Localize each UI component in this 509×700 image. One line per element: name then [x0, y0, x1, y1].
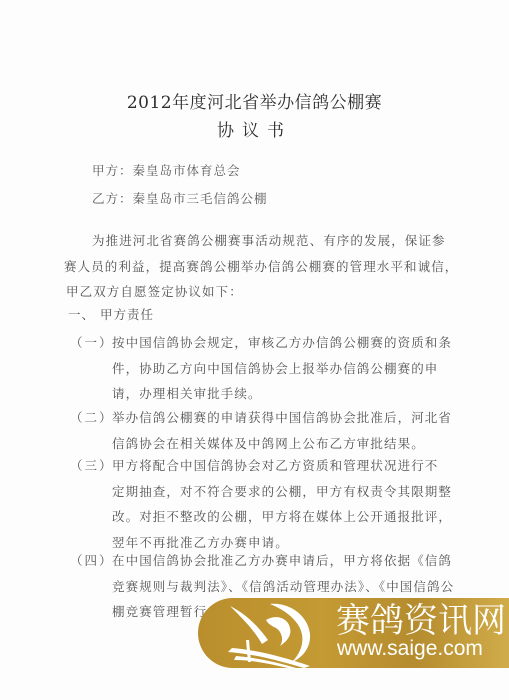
document-title: 2012年度河北省举办信鸽公棚赛 [0, 88, 509, 113]
clause-2: （二） 举办信鸽公棚赛的申请获得中国信鸽协会批准后，河北省 信鸽协会在相关媒体及… [70, 405, 470, 456]
watermark-url: www.saige.com [337, 637, 483, 661]
party-a: 甲方：秦皇岛市体育总会 [92, 161, 241, 179]
clause-1: （一） 按中国信鸽协会规定，审核乙方办信鸽公棚赛的资质和条 件，协助乙方向中国信… [70, 330, 470, 407]
party-b: 乙方：秦皇岛市三毛信鸽公棚 [92, 189, 268, 207]
clause-number: （四） [70, 548, 114, 574]
clause-3: （三） 甲方将配合中国信鸽协会对乙方资质和管理状况进行不 定期抽查，对不符合要求… [70, 453, 470, 555]
clause-number: （一） [70, 330, 114, 356]
watermark-site-name: 赛鸽资讯网 [336, 602, 506, 640]
clause-number: （二） [70, 405, 114, 431]
clause-number: （三） [70, 453, 114, 479]
intro-line: 赛人员的利益，提高赛鸽公棚举办信鸽公棚赛的管理水平和诚信， [64, 254, 466, 280]
pigeon-emblem-icon [210, 600, 320, 668]
document-subtitle: 协议书 [0, 116, 509, 141]
clause-line: 甲方将配合中国信鸽协会对乙方资质和管理状况进行不 [112, 453, 462, 479]
clause-line: 件，协助乙方向中国信鸽协会上报举办信鸽公棚赛的申 [112, 356, 462, 382]
intro-paragraph: 为推进河北省赛鸽公棚赛事活动规范、有序的发展，保证参 赛人员的利益，提高赛鸽公棚… [66, 228, 466, 305]
clause-line: 改。对拒不整改的公棚，甲方将在媒体上公开通报批评， [112, 504, 462, 530]
document-page: 2012年度河北省举办信鸽公棚赛 协议书 甲方：秦皇岛市体育总会 乙方：秦皇岛市… [0, 0, 509, 700]
section-heading: 一、 甲方责任 [68, 305, 154, 323]
clause-line: 按中国信鸽协会规定，审核乙方办信鸽公棚赛的资质和条 [112, 330, 462, 356]
clause-line: 请，办理相关审批手续。 [112, 381, 462, 407]
clause-line: 举办信鸽公棚赛的申请获得中国信鸽协会批准后，河北省 [112, 405, 462, 431]
intro-line: 为推进河北省赛鸽公棚赛事活动规范、有序的发展，保证参 [66, 228, 466, 254]
clause-line: 竞赛规则与裁判法》、《信鸽活动管理办法》、《中国信鸽公 [112, 574, 462, 600]
watermark-logo: 赛鸽资讯网 www.saige.com [198, 598, 509, 668]
clause-line: 定期抽查，对不符合要求的公棚，甲方有权责令其限期整 [112, 479, 462, 505]
intro-line: 甲乙双方自愿签定协议如下： [66, 279, 466, 305]
clause-line: 在中国信鸽协会批准乙方办赛申请后，甲方将依据《信鸽 [112, 548, 462, 574]
